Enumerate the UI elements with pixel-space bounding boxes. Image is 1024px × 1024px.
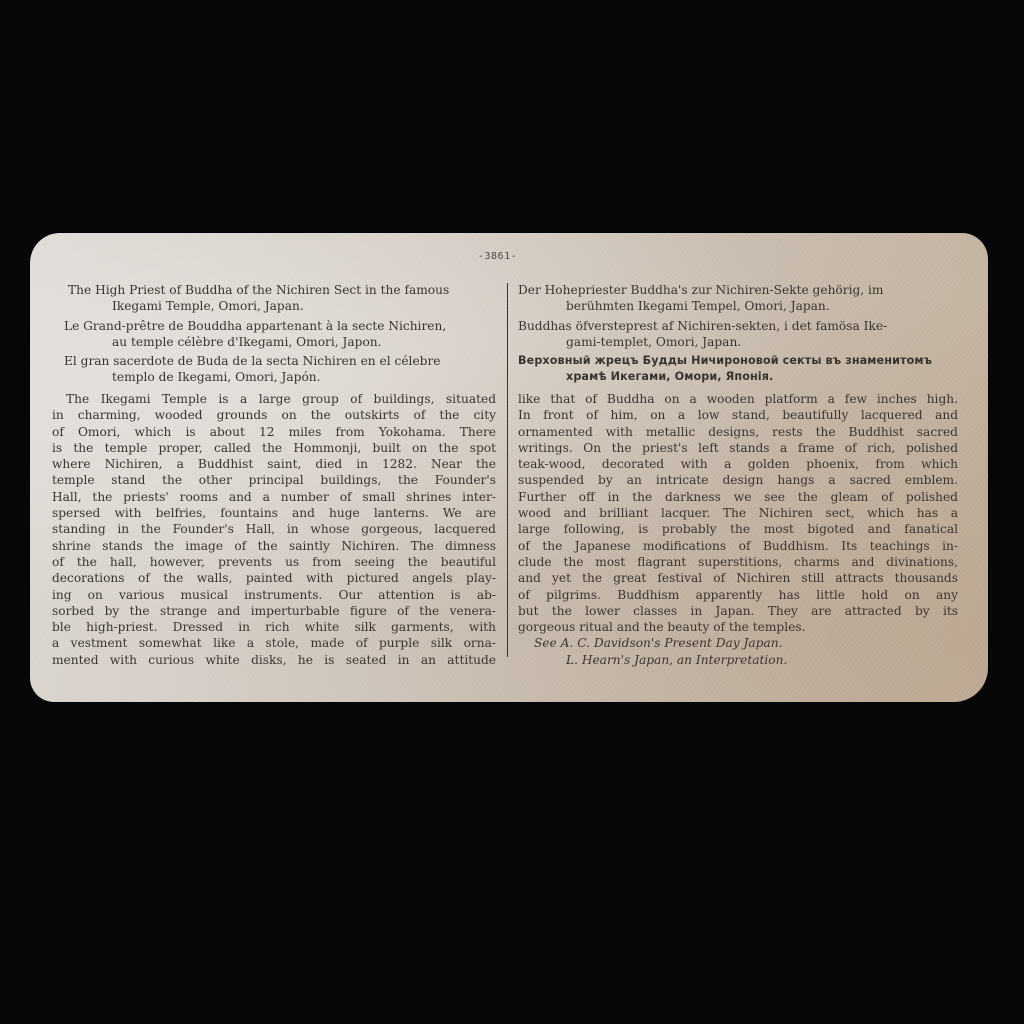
body-text-line: writings. On the priest's left stands a … <box>518 440 958 456</box>
body-text-line: is the temple proper, called the Hommonj… <box>52 440 496 456</box>
body-text-line: wood and brilliant lacquer. The Nichiren… <box>518 505 958 521</box>
reference-citation: See A. C. Davidson's Present Day Japan. <box>518 635 958 651</box>
caption-line: Buddhas öfversteprest af Nichiren-sekten… <box>518 318 960 334</box>
caption-english: The High Priest of Buddha of the Nichire… <box>64 282 496 315</box>
description-left-column: The Ikegami Temple is a large group of b… <box>52 391 496 668</box>
column-divider <box>507 283 508 657</box>
caption-line: Верховный жрецъ Будды Ничироновой секты … <box>518 353 960 369</box>
caption-line: au temple célèbre d'Ikegami, Omori, Japo… <box>64 334 496 350</box>
captions-right: Der Hohepriester Buddha's zur Nichiren-S… <box>518 282 960 389</box>
body-text-line: spersed with belfries, fountains and hug… <box>52 505 496 521</box>
captions-left: The High Priest of Buddha of the Nichire… <box>64 282 496 389</box>
body-text-line: Hall, the priests' rooms and a number of… <box>52 489 496 505</box>
body-text-line: in charming, wooded grounds on the outsk… <box>52 407 496 423</box>
caption-line: templo de Ikegami, Omori, Japón. <box>64 369 496 385</box>
body-text-line: like that of Buddha on a wooden platform… <box>518 391 958 407</box>
body-text-line: but the lower classes in Japan. They are… <box>518 603 958 619</box>
card-number: -3861- <box>478 251 517 262</box>
body-text-line: Further off in the darkness we see the g… <box>518 489 958 505</box>
caption-line: храмѣ Икегами, Омори, Японія. <box>518 369 960 385</box>
body-text-line: The Ikegami Temple is a large group of b… <box>52 391 496 407</box>
body-text-line: of the Japanese modifications of Buddhis… <box>518 538 958 554</box>
caption-german: Der Hohepriester Buddha's zur Nichiren-S… <box>518 282 960 315</box>
caption-line: Ikegami Temple, Omori, Japan. <box>64 298 496 314</box>
body-text-line: of the hall, however, prevents us from s… <box>52 554 496 570</box>
caption-line: El gran sacerdote de Buda de la secta Ni… <box>64 353 496 369</box>
reference-citation: L. Hearn's Japan, an Interpretation. <box>518 652 958 668</box>
body-text-line: teak-wood, decorated with a golden phoen… <box>518 456 958 472</box>
caption-russian: Верховный жрецъ Будды Ничироновой секты … <box>518 353 960 386</box>
caption-spanish: El gran sacerdote de Buda de la secta Ni… <box>64 353 496 386</box>
body-text-line: In front of him, on a low stand, beautif… <box>518 407 958 423</box>
body-text-line: suspended by an intricate design hangs a… <box>518 472 958 488</box>
caption-line: The High Priest of Buddha of the Nichire… <box>64 282 496 298</box>
caption-line: berühmten Ikegami Tempel, Omori, Japan. <box>518 298 960 314</box>
body-text-line: clude the most flagrant superstitions, c… <box>518 554 958 570</box>
body-text-line: of pilgrims. Buddhism apparently has lit… <box>518 587 958 603</box>
body-text-line: where Nichiren, a Buddhist saint, died i… <box>52 456 496 472</box>
body-text-line: gorgeous ritual and the beauty of the te… <box>518 619 958 635</box>
description-right-column: like that of Buddha on a wooden platform… <box>518 391 958 668</box>
body-text-line: ing on various musical instruments. Our … <box>52 587 496 603</box>
caption-swedish: Buddhas öfversteprest af Nichiren-sekten… <box>518 318 960 351</box>
body-text-line: of Omori, which is about 12 miles from Y… <box>52 424 496 440</box>
caption-line: Der Hohepriester Buddha's zur Nichiren-S… <box>518 282 960 298</box>
body-text-line: sorbed by the strange and imperturbable … <box>52 603 496 619</box>
caption-line: Le Grand-prêtre de Bouddha appartenant à… <box>64 318 496 334</box>
caption-french: Le Grand-prêtre de Bouddha appartenant à… <box>64 318 496 351</box>
body-text-line: shrine stands the image of the saintly N… <box>52 538 496 554</box>
body-text-line: ornamented with metallic designs, rests … <box>518 424 958 440</box>
body-text-line: large following, is probably the most bi… <box>518 521 958 537</box>
body-text-line: ble high-priest. Dressed in rich white s… <box>52 619 496 635</box>
body-text-line: standing in the Founder's Hall, in whose… <box>52 521 496 537</box>
body-text-line: a vestment somewhat like a stole, made o… <box>52 635 496 651</box>
caption-line: gami-templet, Omori, Japan. <box>518 334 960 350</box>
body-text-line: temple stand the other principal buildin… <box>52 472 496 488</box>
body-text-line: and yet the great festival of Nichiren s… <box>518 570 958 586</box>
body-text-line: decorations of the walls, painted with p… <box>52 570 496 586</box>
body-text-line: mented with curious white disks, he is s… <box>52 652 496 668</box>
